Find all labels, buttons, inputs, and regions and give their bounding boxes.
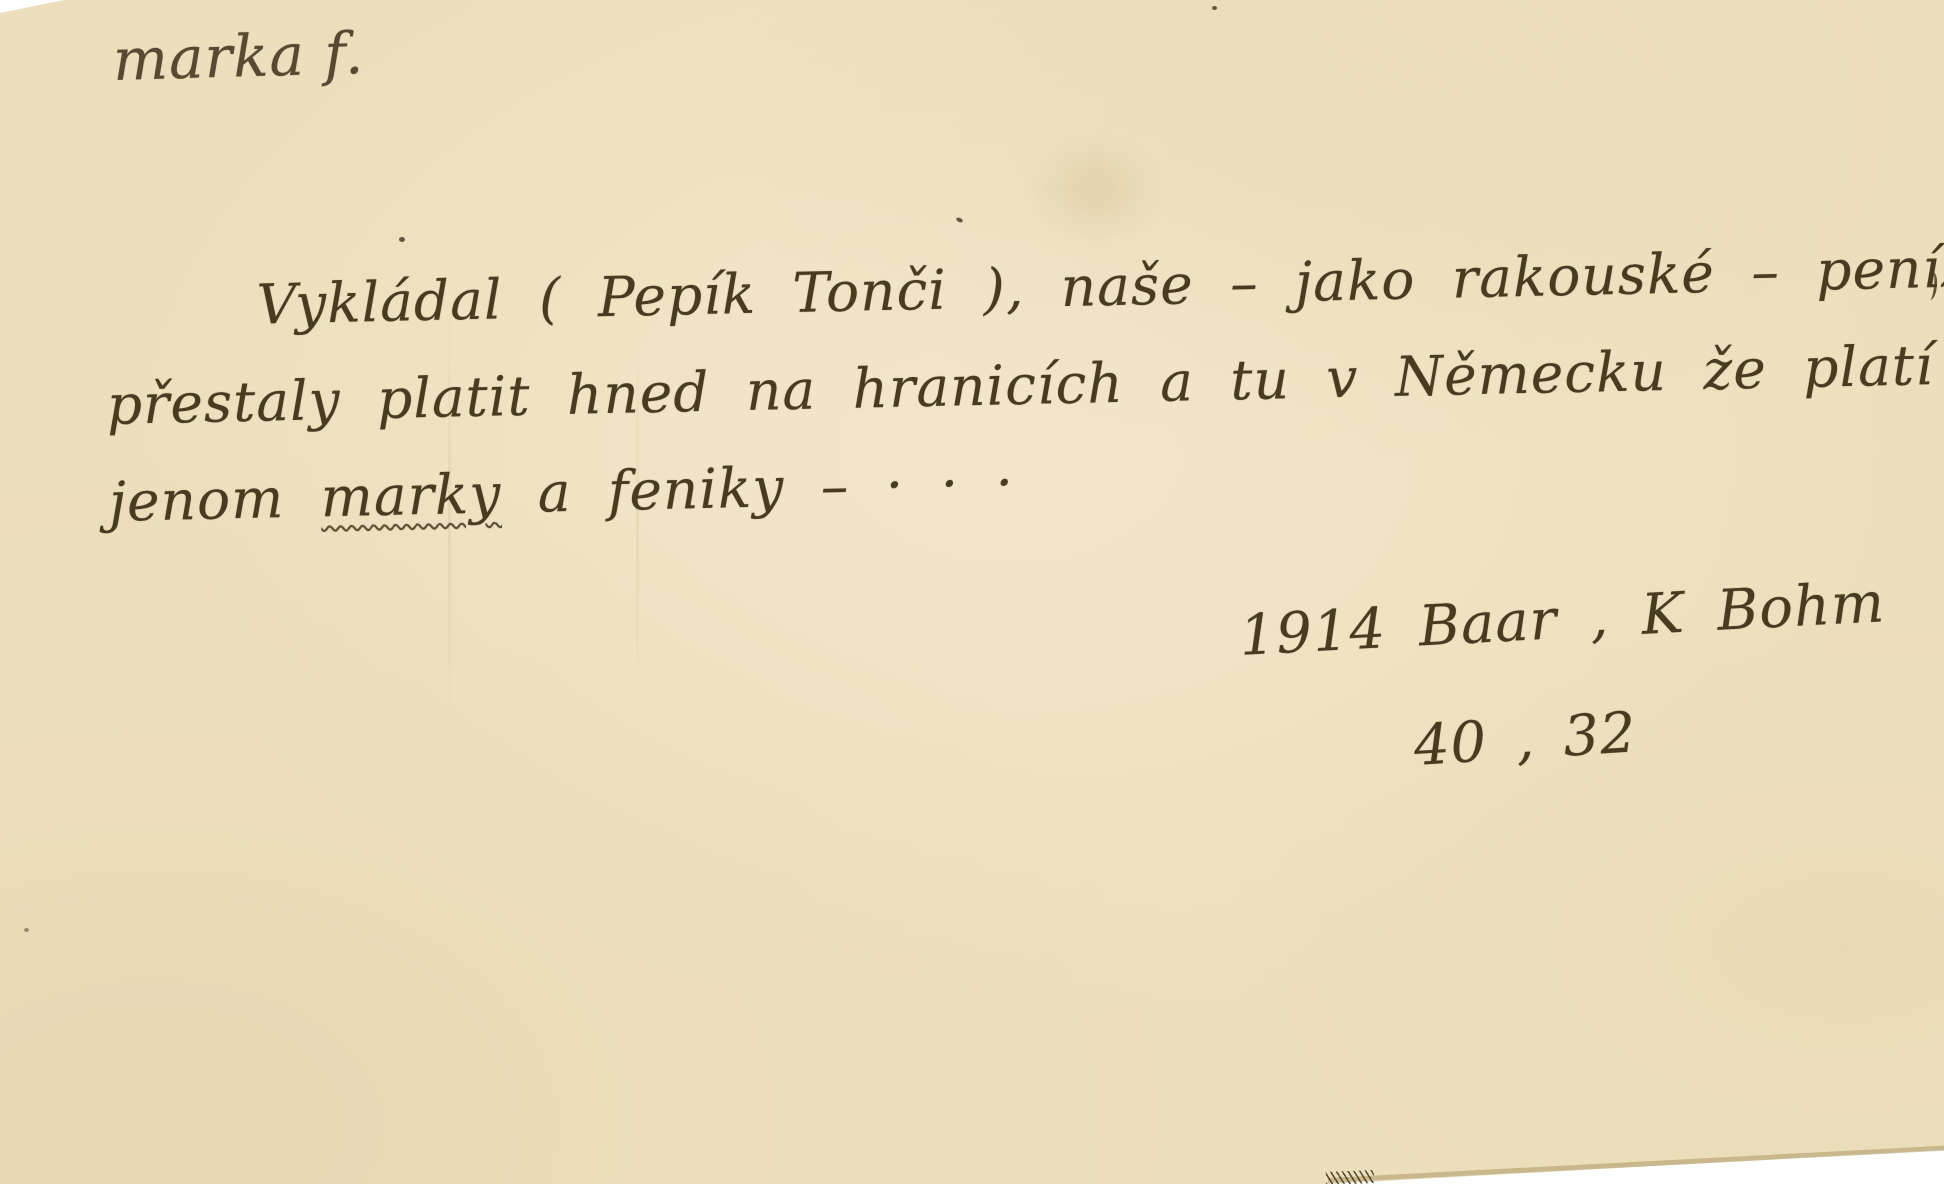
ink-speck [399,237,405,242]
underlined-word: marky [320,461,502,529]
note-paragraph: Vykládal ( Pepík Tonči ), naše – jako ra… [104,236,1940,567]
hatched-pen-mark [1326,1170,1374,1184]
ink-speck [1212,6,1217,10]
ink-speck [24,928,29,932]
note-line-3-suffix: a feniky – · · · [501,450,1015,525]
scanned-note-card: marka f. Vykládal ( Pepík Tonči ), naše … [0,0,1944,1184]
paper-stain [1000,110,1190,270]
note-heading: marka f. [112,19,365,94]
note-line-3-prefix: jenom [108,465,321,534]
catalog-numbers: 40 , 32 [1412,700,1638,778]
